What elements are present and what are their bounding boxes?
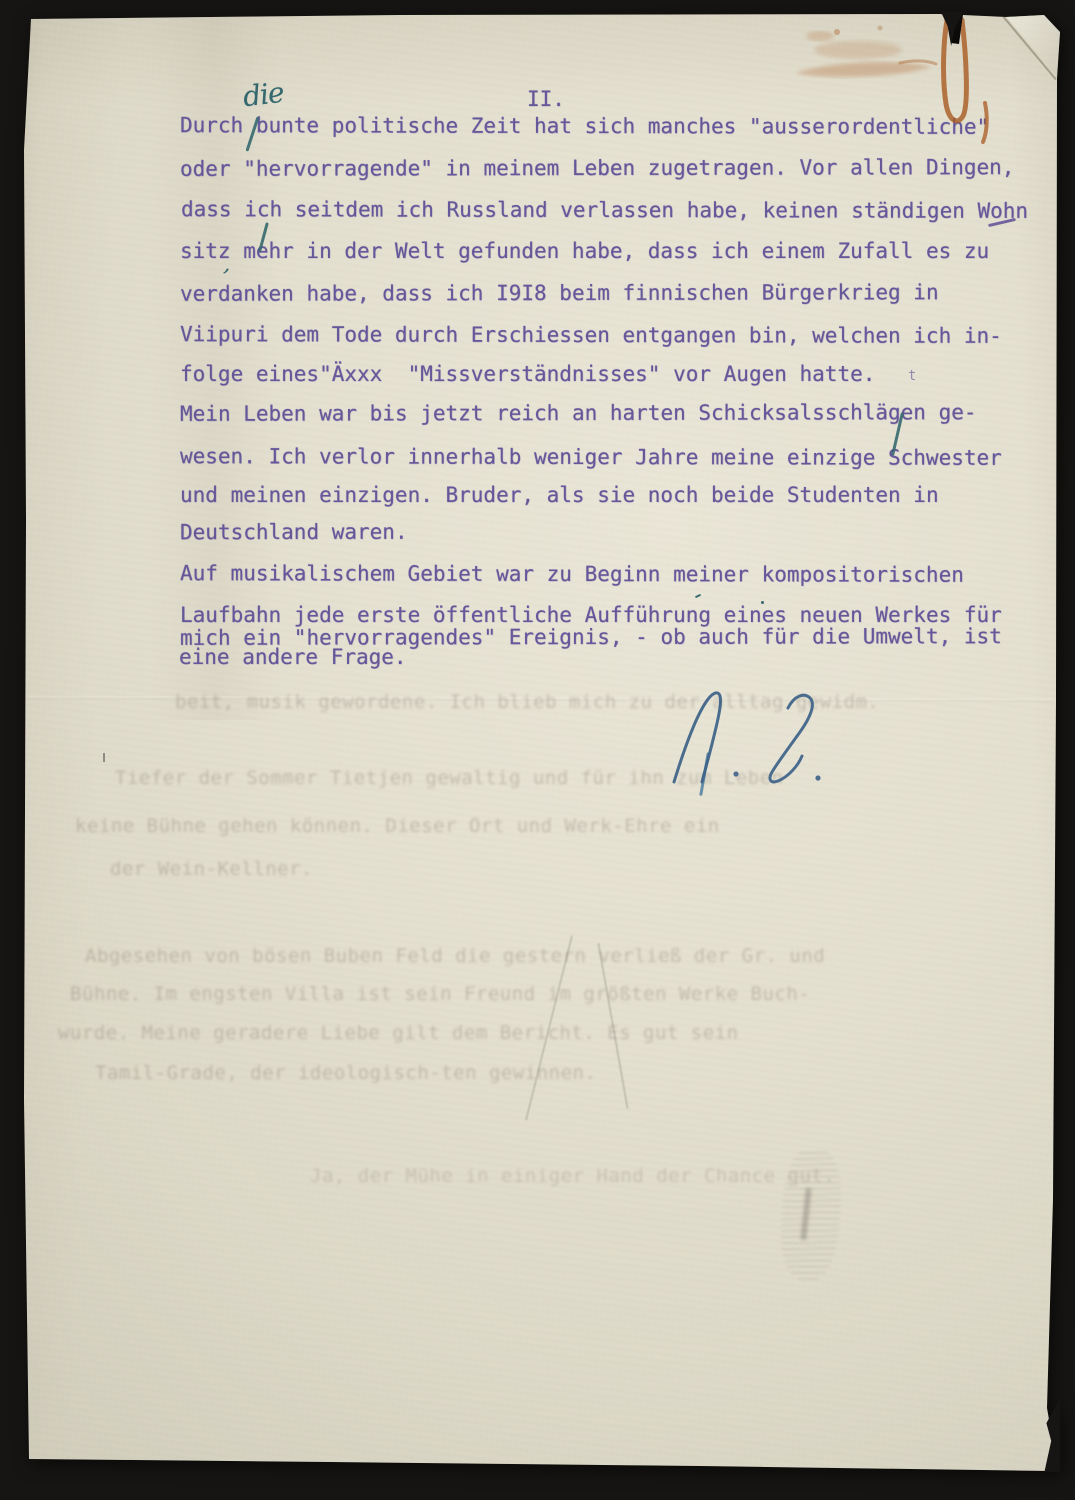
- typed-line: Auf musikalischem Gebiet war zu Beginn m…: [180, 562, 964, 587]
- paper-wrapper: beit, musik gewordene. Ich blieb mich zu…: [0, 0, 1075, 1500]
- typed-line: und meinen einzigen. Bruder, als sie noc…: [180, 484, 939, 507]
- showthrough-line: Tamil-Grade, der ideologisch-ten gewinne…: [95, 1062, 596, 1084]
- typed-line: Deutschland waren.: [180, 521, 408, 544]
- typed-line: wesen. Ich verlor innerhalb weniger Jahr…: [180, 445, 1002, 470]
- showthrough-line: Abgesehen von bösen Buben Feld die geste…: [85, 945, 825, 967]
- typed-line: eine andere Frage.: [179, 646, 407, 669]
- typed-line: verdanken habe, dass ich I9I8 beim finni…: [180, 281, 939, 306]
- rust-stain: [780, 8, 1030, 158]
- scan-canvas: beit, musik gewordene. Ich blieb mich zu…: [0, 0, 1075, 1500]
- typed-line: folge eines"Äxxx "Missverständnisses" vo…: [180, 363, 875, 386]
- ink-speck: [695, 594, 701, 598]
- ink-speck: [761, 601, 764, 604]
- showthrough-line: Ja, der Mühe in einiger Hand der Chance …: [310, 1165, 835, 1187]
- showthrough-line: keine Bühne gehen können. Dieser Ort und…: [75, 815, 720, 837]
- signature-initials: [660, 686, 850, 791]
- typed-line: Viipuri dem Tode durch Erschiessen entga…: [180, 323, 1002, 348]
- showthrough-line: Bühne. Im engsten Villa ist sein Freund …: [70, 983, 810, 1005]
- typed-line: oder "hervorragende" in meinem Leben zug…: [180, 156, 1014, 181]
- showthrough-line: der Wein-Kellner.: [110, 858, 313, 880]
- typed-line: dass ich seitdem ich Russland verlassen …: [181, 198, 1028, 223]
- typed-line: sitz mehr in der Welt gefunden habe, das…: [180, 240, 989, 263]
- stray-type-mark: t: [908, 368, 916, 384]
- page-number: II.: [527, 88, 565, 111]
- typed-line: Mein Leben war bis jetzt reich an harten…: [180, 401, 977, 426]
- showthrough-line: wurde. Meine geradere Liebe gilt dem Ber…: [58, 1022, 739, 1044]
- paper-page: beit, musik gewordene. Ich blieb mich zu…: [0, 0, 1075, 1500]
- stray-ink-tick: [103, 753, 105, 762]
- handwritten-insertion: die: [241, 76, 285, 114]
